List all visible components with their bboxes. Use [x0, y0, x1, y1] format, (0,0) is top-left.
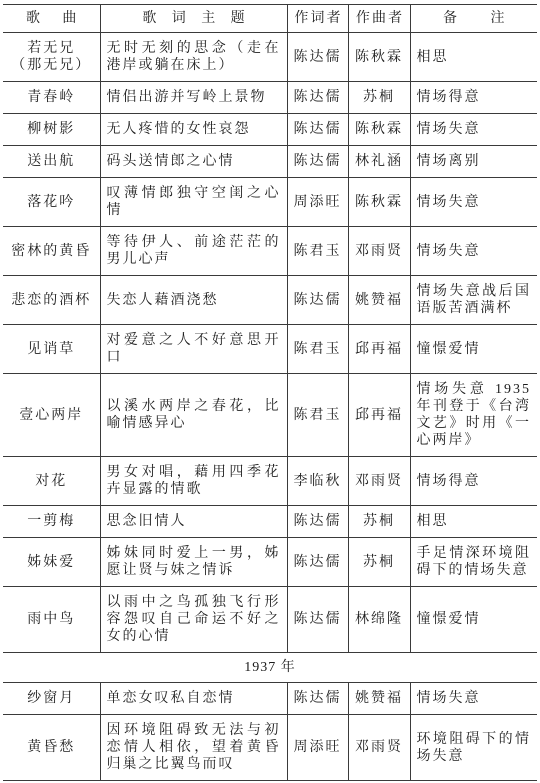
song-title-cell: 对花 [3, 457, 100, 506]
year-section-label: 1937 年 [3, 653, 537, 683]
composer-cell: 林绵隆 [348, 587, 410, 653]
lyricist-cell: 陈君玉 [287, 227, 348, 276]
theme-cell: 等待伊人、前途茫茫的男儿心声 [100, 227, 287, 276]
song-title-cell: 落花吟 [3, 178, 100, 227]
composer-cell: 苏桐 [348, 82, 410, 114]
remark-cell: 憧憬爱情 [410, 587, 537, 653]
column-header-song: 歌曲 [3, 5, 100, 33]
theme-cell: 思念旧情人 [100, 506, 287, 538]
table-row: 落花吟叹薄情郎独守空闺之心情周添旺陈秋霖情场失意 [3, 178, 537, 227]
song-title-cell: 青春岭 [3, 82, 100, 114]
theme-cell: 男女对唱，藉用四季花卉显露的情歌 [100, 457, 287, 506]
remark-cell: 相思 [410, 33, 537, 82]
table-row: 若无兄 （那无兄）无时无刻的思念（走在港岸或躺在床上）陈达儒陈秋霖相思 [3, 33, 537, 82]
remark-cell: 环境阻碍下的情场失意 [410, 715, 537, 781]
song-title-cell: 姊妹爱 [3, 538, 100, 587]
theme-cell: 无时无刻的思念（走在港岸或躺在床上） [100, 33, 287, 82]
song-title-cell: 壹心两岸 [3, 374, 100, 457]
song-title-cell: 悲恋的酒杯 [3, 276, 100, 325]
lyricist-cell: 周添旺 [287, 715, 348, 781]
table-row: 柳树影无人疼惜的女性哀怨陈达儒陈秋霖情场失意 [3, 114, 537, 146]
song-title-cell: 若无兄 （那无兄） [3, 33, 100, 82]
composer-cell: 邓雨贤 [348, 715, 410, 781]
lyricist-cell: 陈达儒 [287, 114, 348, 146]
lyricist-cell: 陈达儒 [287, 146, 348, 178]
table-body: 若无兄 （那无兄）无时无刻的思念（走在港岸或躺在床上）陈达儒陈秋霖相思青春岭情侣… [3, 33, 537, 781]
lyricist-cell: 陈君玉 [287, 374, 348, 457]
table-row: 见诮草对爱意之人不好意思开口陈君玉邱再福憧憬爱情 [3, 325, 537, 374]
lyricist-cell: 李临秋 [287, 457, 348, 506]
table-row: 悲恋的酒杯失恋人藉酒浇愁陈达儒姚赞福情场失意战后国语版苦酒满杯 [3, 276, 537, 325]
lyricist-cell: 陈达儒 [287, 276, 348, 325]
theme-cell: 姊妹同时爱上一男，姊愿让贤与妹之情诉 [100, 538, 287, 587]
remark-cell: 情场失意 1935 年刊登于《台湾文艺》时用《一心两岸》 [410, 374, 537, 457]
song-title-cell: 一剪梅 [3, 506, 100, 538]
theme-cell: 失恋人藉酒浇愁 [100, 276, 287, 325]
table-header: 歌曲 歌词主题 作词者 作曲者 备注 [3, 5, 537, 33]
composer-cell: 邓雨贤 [348, 457, 410, 506]
remark-cell: 情场失意 [410, 178, 537, 227]
songs-table: 歌曲 歌词主题 作词者 作曲者 备注 若无兄 （那无兄）无时无刻的思念（走在港岸… [3, 4, 537, 781]
column-header-theme: 歌词主题 [100, 5, 287, 33]
lyricist-cell: 陈君玉 [287, 325, 348, 374]
theme-cell: 码头送情郎之心情 [100, 146, 287, 178]
composer-cell: 姚赞福 [348, 276, 410, 325]
theme-cell: 叹薄情郎独守空闺之心情 [100, 178, 287, 227]
composer-cell: 陈秋霖 [348, 178, 410, 227]
song-title-cell: 纱窗月 [3, 683, 100, 715]
document-page: 歌曲 歌词主题 作词者 作曲者 备注 若无兄 （那无兄）无时无刻的思念（走在港岸… [0, 0, 540, 783]
table-row: 姊妹爱姊妹同时爱上一男，姊愿让贤与妹之情诉陈达儒苏桐手足情深环境阻碍下的情场失意 [3, 538, 537, 587]
theme-cell: 因环境阻碍致无法与初恋情人相依，望着黄昏归巢之比翼鸟而叹 [100, 715, 287, 781]
remark-cell: 情场失意 [410, 227, 537, 276]
composer-cell: 苏桐 [348, 506, 410, 538]
theme-cell: 以溪水两岸之春花，比喻情感异心 [100, 374, 287, 457]
remark-cell: 相思 [410, 506, 537, 538]
composer-cell: 陈秋霖 [348, 114, 410, 146]
composer-cell: 陈秋霖 [348, 33, 410, 82]
table-row: 纱窗月单恋女叹私自恋情陈达儒姚赞福情场失意 [3, 683, 537, 715]
song-title-cell: 见诮草 [3, 325, 100, 374]
remark-cell: 情场离别 [410, 146, 537, 178]
table-row: 壹心两岸以溪水两岸之春花，比喻情感异心陈君玉邱再福情场失意 1935 年刊登于《… [3, 374, 537, 457]
composer-cell: 姚赞福 [348, 683, 410, 715]
theme-cell: 以雨中之鸟孤独飞行形容怨叹自己命运不好之女的心情 [100, 587, 287, 653]
table-row: 送出航码头送情郎之心情陈达儒林礼涵情场离别 [3, 146, 537, 178]
song-title-cell: 柳树影 [3, 114, 100, 146]
lyricist-cell: 陈达儒 [287, 587, 348, 653]
theme-cell: 无人疼惜的女性哀怨 [100, 114, 287, 146]
remark-cell: 情场失意 [410, 114, 537, 146]
remark-cell: 手足情深环境阻碍下的情场失意 [410, 538, 537, 587]
table-row: 青春岭情侣出游并写岭上景物陈达儒苏桐情场得意 [3, 82, 537, 114]
remark-cell: 情场得意 [410, 457, 537, 506]
composer-cell: 邓雨贤 [348, 227, 410, 276]
composer-cell: 林礼涵 [348, 146, 410, 178]
header-row: 歌曲 歌词主题 作词者 作曲者 备注 [3, 5, 537, 33]
column-header-composer: 作曲者 [348, 5, 410, 33]
theme-cell: 对爱意之人不好意思开口 [100, 325, 287, 374]
table-row: 黄昏愁因环境阻碍致无法与初恋情人相依，望着黄昏归巢之比翼鸟而叹周添旺邓雨贤环境阻… [3, 715, 537, 781]
composer-cell: 苏桐 [348, 538, 410, 587]
lyricist-cell: 陈达儒 [287, 82, 348, 114]
remark-cell: 情场失意 [410, 683, 537, 715]
song-title-cell: 雨中鸟 [3, 587, 100, 653]
song-title-cell: 送出航 [3, 146, 100, 178]
composer-cell: 邱再福 [348, 325, 410, 374]
lyricist-cell: 陈达儒 [287, 683, 348, 715]
theme-cell: 情侣出游并写岭上景物 [100, 82, 287, 114]
remark-cell: 情场失意战后国语版苦酒满杯 [410, 276, 537, 325]
column-header-remark: 备注 [410, 5, 537, 33]
lyricist-cell: 陈达儒 [287, 538, 348, 587]
remark-cell: 情场得意 [410, 82, 537, 114]
song-title-cell: 黄昏愁 [3, 715, 100, 781]
theme-cell: 单恋女叹私自恋情 [100, 683, 287, 715]
year-section-row: 1937 年 [3, 653, 537, 683]
table-row: 对花男女对唱，藉用四季花卉显露的情歌李临秋邓雨贤情场得意 [3, 457, 537, 506]
song-title-cell: 密林的黄昏 [3, 227, 100, 276]
table-row: 一剪梅思念旧情人陈达儒苏桐相思 [3, 506, 537, 538]
lyricist-cell: 陈达儒 [287, 506, 348, 538]
lyricist-cell: 陈达儒 [287, 33, 348, 82]
table-row: 密林的黄昏等待伊人、前途茫茫的男儿心声陈君玉邓雨贤情场失意 [3, 227, 537, 276]
column-header-lyricist: 作词者 [287, 5, 348, 33]
lyricist-cell: 周添旺 [287, 178, 348, 227]
composer-cell: 邱再福 [348, 374, 410, 457]
table-row: 雨中鸟以雨中之鸟孤独飞行形容怨叹自己命运不好之女的心情陈达儒林绵隆憧憬爱情 [3, 587, 537, 653]
remark-cell: 憧憬爱情 [410, 325, 537, 374]
